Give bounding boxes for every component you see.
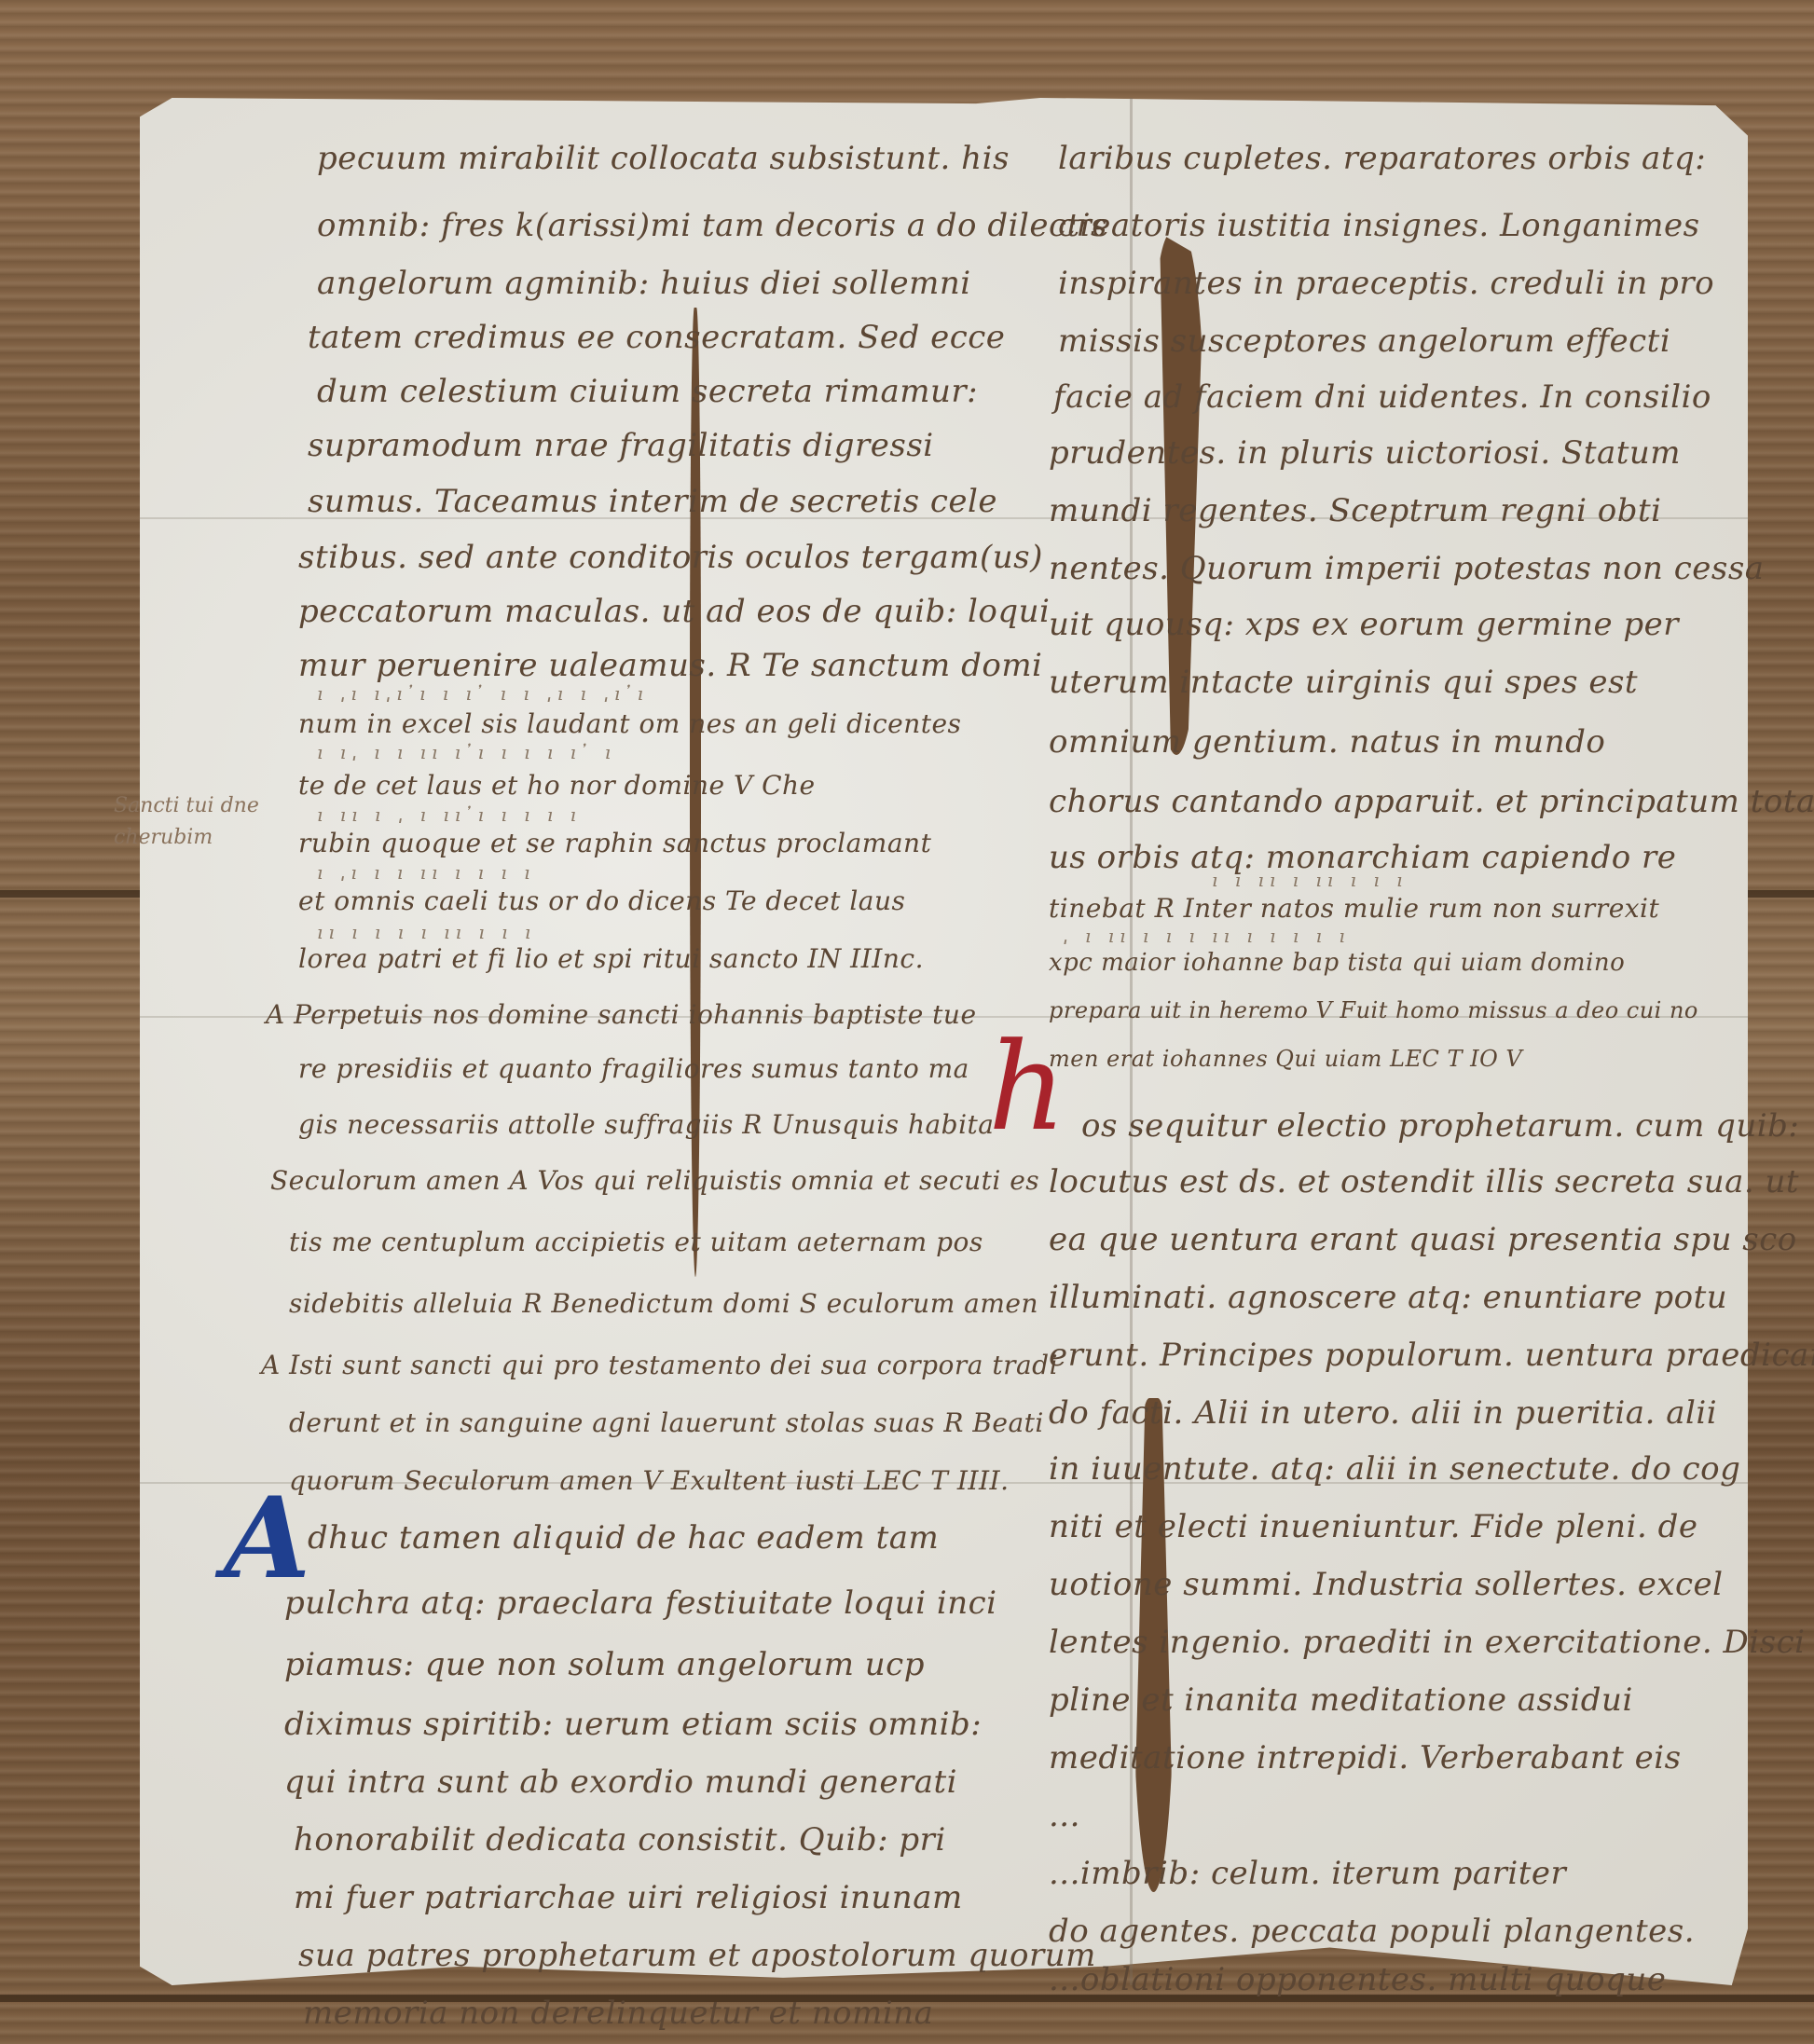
text-line: creatoris iustitia insignes. Longanimes (1058, 207, 1700, 244)
text-line: mundi regentes. Sceptrum regni obti (1049, 492, 1662, 529)
text-line: uotione summi. Industria sollertes. exce… (1049, 1566, 1724, 1603)
text-line: meditatione intrepidi. Verberabant eis (1049, 1739, 1682, 1776)
neume-row: ˌ ı ıı ı ı ı ıı ı ı ı ı ı (1063, 925, 1351, 947)
text-line: honorabilit dedicata consistit. Quib: pr… (294, 1821, 946, 1859)
text-line: dhuc tamen aliquid de hac eadem tam (308, 1519, 939, 1557)
chant-line: rubin quoque et se raphin sanctus procla… (298, 828, 931, 858)
chant-line: lorea patri et fi lio et spi ritui sanct… (298, 943, 924, 974)
text-line: inspirantes in praeceptis. creduli in pr… (1058, 265, 1714, 302)
text-line: supramodum nrae fragilitatis digressi (308, 427, 934, 464)
chant-line: te de cet laus et ho nor domine V Che (298, 770, 816, 801)
text-line: dum celestium ciuium secreta rimamur: (317, 373, 978, 410)
text-line: ...imbrib: celum. iterum pariter (1049, 1855, 1566, 1892)
text-line: mi fuer patriarchae uiri religiosi inuna… (294, 1879, 963, 1916)
chant-line: A Isti sunt sancti qui pro testamento de… (261, 1350, 1058, 1380)
margin-note: Sancti tui dne cherubim (114, 790, 259, 854)
text-line: omnium gentium. natus in mundo (1049, 723, 1605, 761)
text-line: do agentes. peccata populi plangentes. (1049, 1913, 1695, 1950)
text-line: uterum intacte uirginis qui spes est (1049, 664, 1638, 701)
text-line: in iuuentute. atq: alii in senectute. do… (1049, 1450, 1740, 1488)
chant-line: A Perpetuis nos domine sancti iohannis b… (266, 999, 977, 1030)
text-line: mur peruenire ualeamus. R Te sanctum dom… (298, 647, 1042, 684)
text-line: stibus. sed ante conditoris oculos terga… (298, 539, 1043, 576)
text-line: peccatorum maculas. ut ad eos de quib: l… (298, 593, 1050, 630)
text-line: laribus cupletes. reparatores orbis atq: (1058, 140, 1706, 177)
margin-note-line: Sancti tui dne (114, 790, 259, 822)
neume-row: ı ˌı ıˌı ̓ı ı ı ̓ ı ı ˌı ı ˌı ̓ı (317, 682, 649, 705)
text-line: do facti. Alii in utero. alii in pueriti… (1049, 1394, 1717, 1432)
text-line: illuminati. agnoscere atq: enuntiare pot… (1049, 1279, 1727, 1316)
red-initial-h: h (988, 1016, 1066, 1158)
chant-line: tinebat R Inter natos mulie rum non surr… (1049, 893, 1659, 924)
text-line: memoria non derelinquetur et nomina (303, 1995, 933, 2032)
text-line: prudentes. in pluris uictoriosi. Statum (1049, 434, 1681, 472)
text-line: chorus cantando apparuit. et principatum… (1049, 783, 1814, 820)
text-line: ea que uentura erant quasi presentia spu… (1049, 1221, 1797, 1258)
margin-note-line: cherubim (114, 822, 259, 854)
chant-line: derunt et in sanguine agni lauerunt stol… (289, 1407, 1044, 1438)
chant-line: et omnis caeli tus or do dicens Te decet… (298, 885, 905, 916)
text-line: sua patres prophetarum et apostolorum qu… (298, 1937, 1096, 1974)
text-line: pline et inanita meditatione assidui (1049, 1681, 1633, 1719)
neume-row: ı ˌı ı ı ıı ı ı ı ı (317, 861, 535, 884)
chant-line: prepara uit in heremo V Fuit homo missus… (1049, 997, 1698, 1023)
text-line: missis susceptores angelorum effecti (1058, 322, 1670, 360)
text-line: tatem credimus ee consecratam. Sed ecce (308, 319, 1005, 356)
neume-row: ı ıˌ ı ı ıı ı ̓ı ı ı ı ı ̓ ı (317, 741, 616, 763)
text-line: locutus est ds. et ostendit illis secret… (1049, 1163, 1799, 1200)
text-line: diximus spiritib: uerum etiam sciis omni… (284, 1706, 982, 1743)
neume-row: ıı ı ı ı ı ıı ı ı ı (317, 921, 536, 943)
chant-line: men erat iohannes Qui uiam LEC T IO V (1049, 1046, 1522, 1072)
chant-line: sidebitis alleluia R Benedictum domi S e… (289, 1288, 1038, 1319)
text-line: niti et electi inueniuntur. Fide pleni. … (1049, 1508, 1697, 1545)
chant-line: num in excel sis laudant om nes an geli … (298, 708, 961, 739)
text-line: lentes ingenio. praediti in exercitation… (1049, 1624, 1805, 1661)
text-line: pulchra atq: praeclara festiuitate loqui… (284, 1584, 997, 1622)
text-line: omnib: fres k(arissi)mi tam decoris a do… (317, 207, 1107, 244)
text-line: os sequitur electio prophetarum. cum qui… (1081, 1107, 1799, 1145)
text-line: qui intra sunt ab exordio mundi generati (284, 1763, 957, 1801)
text-line: piamus: que non solum angelorum ucp (284, 1646, 925, 1683)
chant-line: quorum Seculorum amen V Exultent iusti L… (289, 1465, 1009, 1496)
text-line: uit quousq: xps ex eorum germine per (1049, 606, 1679, 643)
text-line: angelorum agminib: huius diei sollemni (317, 265, 971, 302)
chant-line: gis necessariis attolle suffragiis R Unu… (298, 1109, 995, 1140)
neume-row: ı ıı ı ˌ ı ıı ̓ı ı ı ı ı (317, 803, 582, 826)
chant-line: Seculorum amen A Vos qui reliquistis omn… (270, 1165, 1039, 1196)
text-line: pecuum mirabilit collocata subsistunt. h… (317, 140, 1010, 177)
text-line: sumus. Taceamus interim de secretis cele (308, 483, 997, 520)
text-line: ...oblationi opponentes. multi quoque (1049, 1961, 1666, 1998)
chant-line: re presidiis et quanto fragiliores sumus… (298, 1053, 969, 1084)
text-line: nentes. Quorum imperii potestas non cess… (1049, 550, 1765, 587)
chant-line: xpc maior iohanne bap tista qui uiam dom… (1049, 949, 1625, 977)
chant-line: tis me centuplum accipietis et uitam aet… (289, 1227, 983, 1257)
text-line: ... (1049, 1797, 1080, 1834)
text-line: facie ad faciem dni uidentes. In consili… (1053, 378, 1711, 416)
neume-row: ı ı ıı ı ıı ı ı ı (1212, 869, 1408, 891)
text-line: erunt. Principes populorum. uentura prae… (1049, 1337, 1814, 1374)
